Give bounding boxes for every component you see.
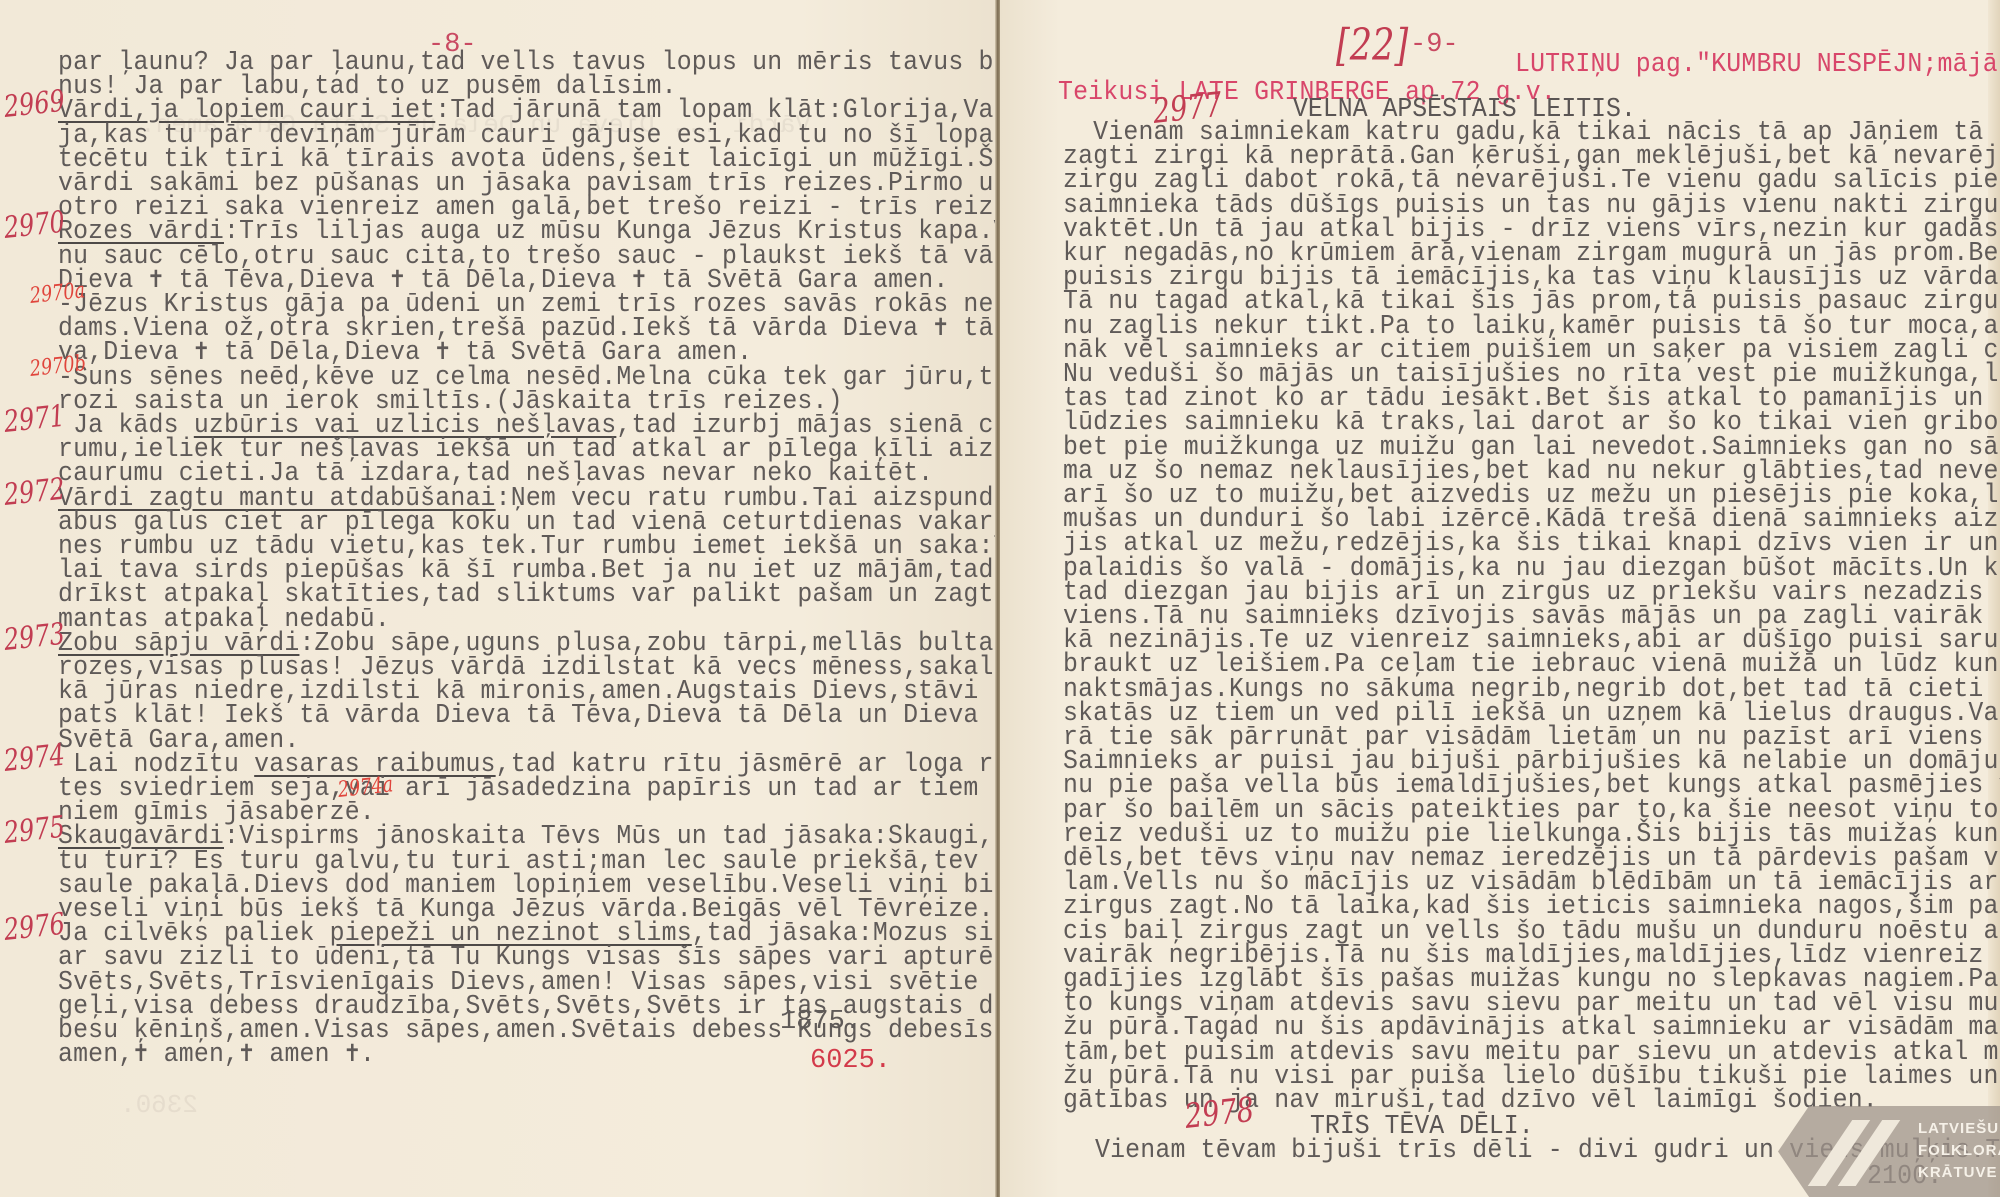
bleed-through-text: 2360.	[120, 1090, 198, 1120]
bracket-number: [22]	[1336, 20, 1408, 71]
margin-number: 2971	[2, 399, 66, 440]
collection-number: 6025.	[810, 1046, 891, 1076]
story-number: 2978	[1183, 1090, 1256, 1137]
page-number: -9-	[1410, 30, 1459, 60]
left-page: Vārdi ... Dieva un Dēla un Svētā Gara am…	[0, 0, 995, 1197]
archive-logo: LATVIEŠU FOLKLORAS KRĀTUVE	[1778, 1106, 2000, 1197]
margin-number: 2973	[2, 617, 66, 658]
margin-number: 2970	[2, 205, 66, 246]
margin-number: 2974	[2, 738, 66, 779]
location-line: LUTRIŅU pag."KUMBRU NESPĒJN;mājā.	[1515, 50, 2000, 80]
margin-number: 2975	[2, 810, 66, 851]
year-label: 1875.	[780, 1007, 861, 1037]
logo-wordmark: LATVIEŠU FOLKLORAS KRĀTUVE	[1918, 1118, 2000, 1184]
margin-number: 2972	[2, 471, 66, 512]
margin-number: 2976	[2, 907, 66, 948]
text-line: amen,✝ amen,✝ amen ✝.	[58, 1040, 375, 1070]
margin-number: 2970b	[29, 351, 87, 382]
margin-number: 2969	[2, 84, 66, 125]
